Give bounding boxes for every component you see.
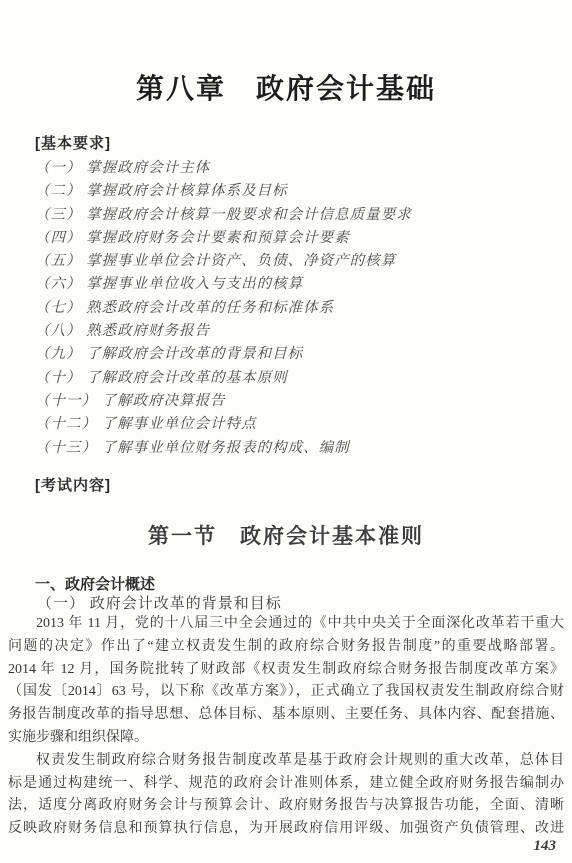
subsection-heading: （一） 政府会计改革的背景和目标 (37, 592, 282, 613)
overview-heading: 一、政府会计概述 (35, 573, 155, 594)
requirement-item: （七） 熟悉政府会计改革的任务和标准体系 (35, 297, 557, 320)
paragraph-line: 实施步骤和组织保障。 (8, 727, 564, 750)
requirement-item: （九） 了解政府会计改革的背景和目标 (35, 343, 557, 366)
section-title: 第一节 政府会计基本准则 (0, 520, 572, 550)
requirement-item: （十） 了解政府会计改革的基本原则 (35, 367, 557, 390)
paragraph-1: 2013 年 11 月，党的十八届三中全会通过的《中共中央关于全面深化改革若干重… (8, 613, 564, 750)
requirement-item: （十二） 了解事业单位会计特点 (35, 413, 557, 436)
basic-requirements-label: [基本要求] (35, 132, 111, 153)
requirements-list: （一） 掌握政府会计主体 （二） 掌握政府会计核算体系及目标 （三） 掌握政府会… (35, 157, 557, 460)
paragraph-line: 问题的决定》作出了“建立权责发生制的政府综合财务报告制度”的重要战略部署。 (8, 636, 564, 659)
paragraph-line: 权责发生制政府综合财务报告制度改革是基于政府会计规则的重大改革，总体目 (8, 750, 564, 773)
paragraph-2: 权责发生制政府综合财务报告制度改革是基于政府会计规则的重大改革，总体目 标是通过… (8, 750, 564, 841)
paragraph-line: 标是通过构建统一、科学、规范的政府会计准则体系，建立健全政府财务报告编制办 (8, 773, 564, 796)
paragraph-line: 2013 年 11 月，党的十八届三中全会通过的《中共中央关于全面深化改革若干重… (8, 613, 564, 636)
requirement-item: （十一） 了解政府决算报告 (35, 390, 557, 413)
exam-content-label: [考试内容] (35, 474, 111, 495)
requirement-item: （四） 掌握政府财务会计要素和预算会计要素 (35, 227, 557, 250)
requirement-item: （五） 掌握事业单位会计资产、负债、净资产的核算 (35, 250, 557, 273)
paragraph-line: 务报告制度改革的指导思想、总体目标、基本原则、主要任务、具体内容、配套措施、 (8, 704, 564, 727)
requirement-item: （六） 掌握事业单位收入与支出的核算 (35, 273, 557, 296)
paragraph-line: 法，适度分离政府财务会计与预算会计、政府财务报告与决算报告功能，全面、清晰 (8, 795, 564, 818)
paragraph-line: （国发〔2014〕63 号，以下称《改革方案》），正式确立了我国权责发生制政府综… (8, 681, 564, 704)
requirement-item: （三） 掌握政府会计核算一般要求和会计信息质量要求 (35, 204, 557, 227)
textbook-page: 第八章 政府会计基础 [基本要求] （一） 掌握政府会计主体 （二） 掌握政府会… (0, 0, 572, 863)
paragraph-line: 反映政府财务信息和预算执行信息，为开展政府信用评级、加强资产负债管理、改进 (8, 818, 564, 841)
requirement-item: （二） 掌握政府会计核算体系及目标 (35, 180, 557, 203)
requirement-item: （十三） 了解事业单位财务报表的构成、编制 (35, 437, 557, 460)
page-number: 143 (534, 838, 557, 855)
requirement-item: （八） 熟悉政府财务报告 (35, 320, 557, 343)
requirement-item: （一） 掌握政府会计主体 (35, 157, 557, 180)
paragraph-line: 2014 年 12 月，国务院批转了财政部《权责发生制政府综合财务报告制度改革方… (8, 659, 564, 682)
body-text: 2013 年 11 月，党的十八届三中全会通过的《中共中央关于全面深化改革若干重… (8, 613, 564, 841)
chapter-title: 第八章 政府会计基础 (0, 67, 572, 107)
